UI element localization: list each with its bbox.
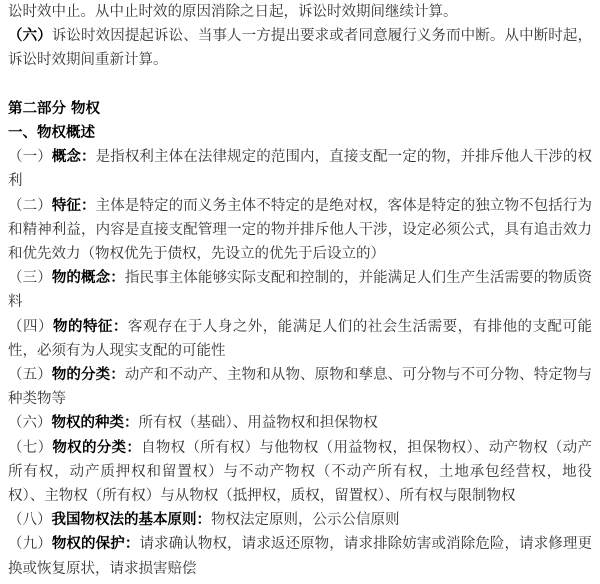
- continuation-paragraph: 讼时效中止。从中止时效的原因消除之日起，诉讼时效期间继续计算。: [8, 0, 592, 24]
- item-number: （八）: [8, 512, 52, 528]
- section-heading: 一、物权概述: [8, 121, 592, 145]
- item-number: （七）: [8, 440, 52, 456]
- item-label: 我国物权法的基本原则：: [52, 511, 212, 528]
- list-item-3: （三）物的概念：指民事主体能够实际支配和控制的，并能满足人们生产生活需要的物质资…: [8, 266, 592, 314]
- item-label: 物的特征：: [53, 318, 128, 335]
- document-page: 讼时效中止。从中止时效的原因消除之日起，诉讼时效期间继续计算。 （六）诉讼时效因…: [0, 0, 600, 584]
- list-item-8: （八）我国物权法的基本原则：物权法定原则，公示公信原则: [8, 508, 592, 532]
- item-number: （六）: [8, 415, 52, 431]
- item-text: 主体是特定的而义务主体不特定的是绝对权，客体是特定的独立物不包括行为和精神利益，…: [8, 198, 592, 262]
- list-item-9: （九）物权的保护：请求确认物权，请求返还原物，请求排除妨害或消除危险，请求修理更…: [8, 532, 592, 580]
- item-label: 物的概念：: [52, 269, 125, 286]
- item-text: 物权法定原则，公示公信原则: [211, 512, 400, 528]
- interruption-clause-number: （六）: [8, 27, 52, 44]
- item-label: 特征：: [52, 197, 96, 214]
- list-item-7: （七）物权的分类：自物权（所有权）与他物权（用益物权，担保物权）、动产物权（动产…: [8, 436, 592, 509]
- item-label: 物的分类：: [52, 366, 125, 383]
- list-item-1: （一）概念：是指权利主体在法律规定的范围内，直接支配一定的物，并排斥他人干涉的权…: [8, 145, 592, 193]
- blank-line: [8, 73, 592, 97]
- item-label: 物权的分类：: [52, 439, 141, 456]
- item-label: 物权的种类：: [52, 414, 139, 431]
- item-number: （二）: [8, 198, 52, 214]
- part-heading: 第二部分 物权: [8, 97, 592, 121]
- item-text: 是指权利主体在法律规定的范围内，直接支配一定的物，并排斥他人干涉的权利: [8, 149, 592, 189]
- item-number: （三）: [8, 270, 52, 286]
- continuation-text: 讼时效中止。从中止时效的原因消除之日起，诉讼时效期间继续计算。: [8, 4, 458, 20]
- item-number: （五）: [8, 367, 52, 383]
- list-item-2: （二）特征：主体是特定的而义务主体不特定的是绝对权，客体是特定的独立物不包括行为…: [8, 194, 592, 267]
- item-label: 物权的保护：: [52, 535, 140, 552]
- list-item-4: （四）物的特征：客观存在于人身之外，能满足人们的社会生活需要，有排他的支配可能性…: [8, 315, 592, 363]
- interruption-clause-paragraph: （六）诉讼时效因提起诉讼、当事人一方提出要求或者同意履行义务而中断。从中断时起，…: [8, 24, 592, 72]
- item-text: 所有权（基础）、用益物权和担保物权: [139, 415, 378, 431]
- list-item-5: （五）物的分类：动产和不动产、主物和从物、原物和孳息、可分物与不可分物、特定物与…: [8, 363, 592, 411]
- list-item-6: （六）物权的种类：所有权（基础）、用益物权和担保物权: [8, 411, 592, 435]
- interruption-clause-text: 诉讼时效因提起诉讼、当事人一方提出要求或者同意履行义务而中断。从中断时起，诉讼时…: [8, 28, 592, 68]
- item-number: （四）: [8, 319, 53, 335]
- item-number: （一）: [8, 149, 52, 165]
- item-number: （九）: [8, 536, 52, 552]
- item-label: 概念：: [52, 148, 96, 165]
